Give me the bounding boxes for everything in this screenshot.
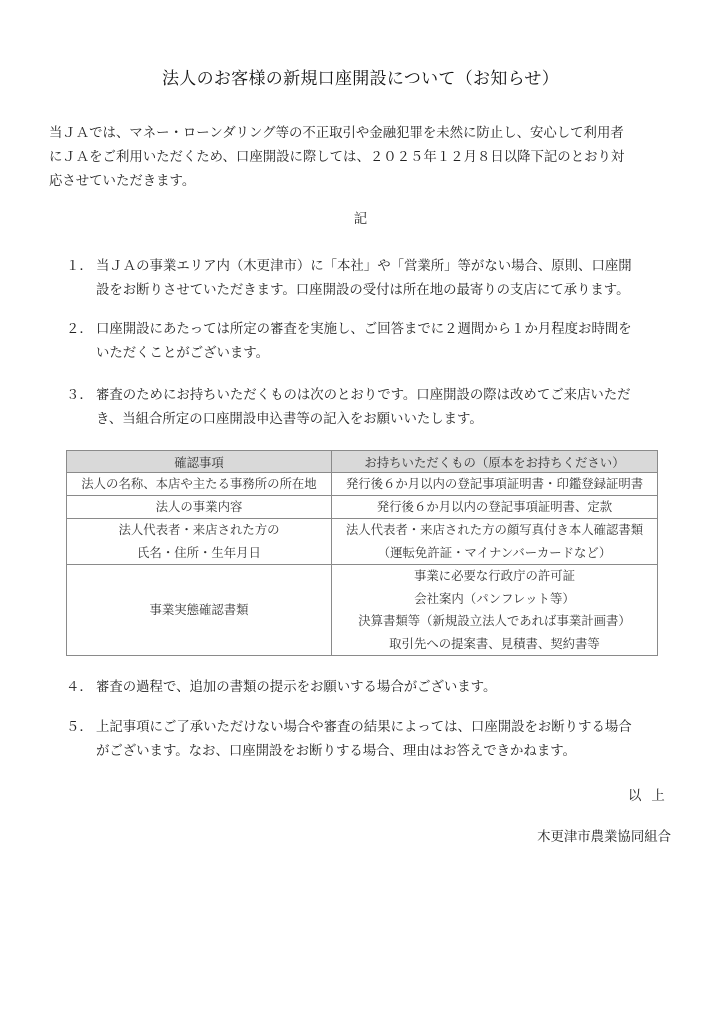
cell-line: 取引先への提案書、見積書、契約書等 bbox=[332, 633, 657, 656]
item-text: き、当組合所定の口座開設申込書等の記入をお願いいたします。 bbox=[66, 408, 686, 432]
table-cell-documents: 法人代表者・来店された方の顔写真付き本人確認書類 （運転免許証・マイナンバーカー… bbox=[332, 519, 658, 565]
table-cell-item: 事業実態確認書類 bbox=[67, 565, 332, 656]
intro-line: 当ＪＡでは、マネー・ローンダリング等の不正取引や金融犯罪を未然に防止し、安心して… bbox=[49, 122, 679, 146]
cell-line: 氏名・住所・生年月日 bbox=[67, 542, 331, 565]
closing-mark: 以上 bbox=[628, 785, 675, 804]
item-number: ３． bbox=[66, 384, 96, 408]
list-item-2: ２．口座開設にあたっては所定の審査を実施し、ご回答までに２週間から１か月程度お時… bbox=[66, 318, 686, 366]
cell-line: 法人代表者・来店された方の bbox=[67, 519, 331, 542]
item-text: 上記事項にご了承いただけない場合や審査の結果によっては、口座開設をお断りする場合 bbox=[96, 720, 632, 735]
table-cell-documents: 事業に必要な行政庁の許可証 会社案内（パンフレット等） 決算書類等（新規設立法人… bbox=[332, 565, 658, 656]
cell-line: 法人代表者・来店された方の顔写真付き本人確認書類 bbox=[332, 519, 657, 542]
intro-line: にＪＡをご利用いただくため、口座開設に際しては、２０２５年１２月８日以降下記のと… bbox=[49, 146, 679, 170]
intro-paragraph: 当ＪＡでは、マネー・ローンダリング等の不正取引や金融犯罪を未然に防止し、安心して… bbox=[49, 122, 679, 194]
list-item-1: １．当ＪＡの事業エリア内（木更津市）に「本社」や「営業所」等がない場合、原則、口… bbox=[66, 255, 686, 303]
item-text: 審査の過程で、追加の書類の提示をお願いする場合がございます。 bbox=[96, 680, 496, 695]
table-cell-item: 法人の事業内容 bbox=[67, 496, 332, 519]
intro-line: 応させていただきます。 bbox=[49, 170, 679, 194]
table-row: 法人の事業内容 発行後６か月以内の登記事項証明書、定款 bbox=[67, 496, 658, 519]
item-text: いただくことがございます。 bbox=[66, 342, 686, 366]
table-cell-documents: 発行後６か月以内の登記事項証明書、定款 bbox=[332, 496, 658, 519]
table-cell-documents: 発行後６か月以内の登記事項証明書・印鑑登録証明書 bbox=[332, 473, 658, 496]
item-text: 審査のためにお持ちいただくものは次のとおりです。口座開設の際は改めてご来店いただ bbox=[96, 388, 631, 403]
cell-line: 事業に必要な行政庁の許可証 bbox=[332, 565, 657, 588]
cell-line: 会社案内（パンフレット等） bbox=[332, 588, 657, 611]
ki-heading: 記 bbox=[0, 208, 721, 227]
cell-line: （運転免許証・マイナンバーカードなど） bbox=[332, 542, 657, 565]
list-item-3: ３．審査のためにお持ちいただくものは次のとおりです。口座開設の際は改めてご来店い… bbox=[66, 384, 686, 432]
item-number: １． bbox=[66, 255, 96, 279]
table-row: 法人の名称、本店や主たる事務所の所在地 発行後６か月以内の登記事項証明書・印鑑登… bbox=[67, 473, 658, 496]
table-cell-item: 法人の名称、本店や主たる事務所の所在地 bbox=[67, 473, 332, 496]
item-number: ５． bbox=[66, 716, 96, 740]
cell-line: 決算書類等（新規設立法人であれば事業計画書） bbox=[332, 610, 657, 633]
issuer-name: 木更津市農業協同組合 bbox=[537, 826, 671, 845]
item-text: 設をお断りさせていただきます。口座開設の受付は所在地の最寄りの支店にて承ります。 bbox=[66, 279, 686, 303]
table-row: 法人代表者・来店された方の 氏名・住所・生年月日 法人代表者・来店された方の顔写… bbox=[67, 519, 658, 565]
required-documents-table: 確認事項 お持ちいただくもの（原本をお持ちください） 法人の名称、本店や主たる事… bbox=[66, 450, 658, 656]
item-text: 口座開設にあたっては所定の審査を実施し、ご回答までに２週間から１か月程度お時間を bbox=[96, 322, 632, 337]
item-text: 当ＪＡの事業エリア内（木更津市）に「本社」や「営業所」等がない場合、原則、口座開 bbox=[96, 259, 632, 274]
page-title: 法人のお客様の新規口座開設について（お知らせ） bbox=[0, 64, 721, 89]
item-text: がございます。なお、口座開設をお断りする場合、理由はお答えできかねます。 bbox=[66, 740, 686, 764]
list-item-4: ４．審査の過程で、追加の書類の提示をお願いする場合がございます。 bbox=[66, 676, 686, 700]
item-number: ２． bbox=[66, 318, 96, 342]
table-header-row: 確認事項 お持ちいただくもの（原本をお持ちください） bbox=[67, 451, 658, 473]
table-cell-item: 法人代表者・来店された方の 氏名・住所・生年月日 bbox=[67, 519, 332, 565]
item-number: ４． bbox=[66, 676, 96, 700]
table-header-cell: 確認事項 bbox=[67, 451, 332, 473]
list-item-5: ５．上記事項にご了承いただけない場合や審査の結果によっては、口座開設をお断りする… bbox=[66, 716, 686, 764]
table-row: 事業実態確認書類 事業に必要な行政庁の許可証 会社案内（パンフレット等） 決算書… bbox=[67, 565, 658, 656]
table-header-cell: お持ちいただくもの（原本をお持ちください） bbox=[332, 451, 658, 473]
